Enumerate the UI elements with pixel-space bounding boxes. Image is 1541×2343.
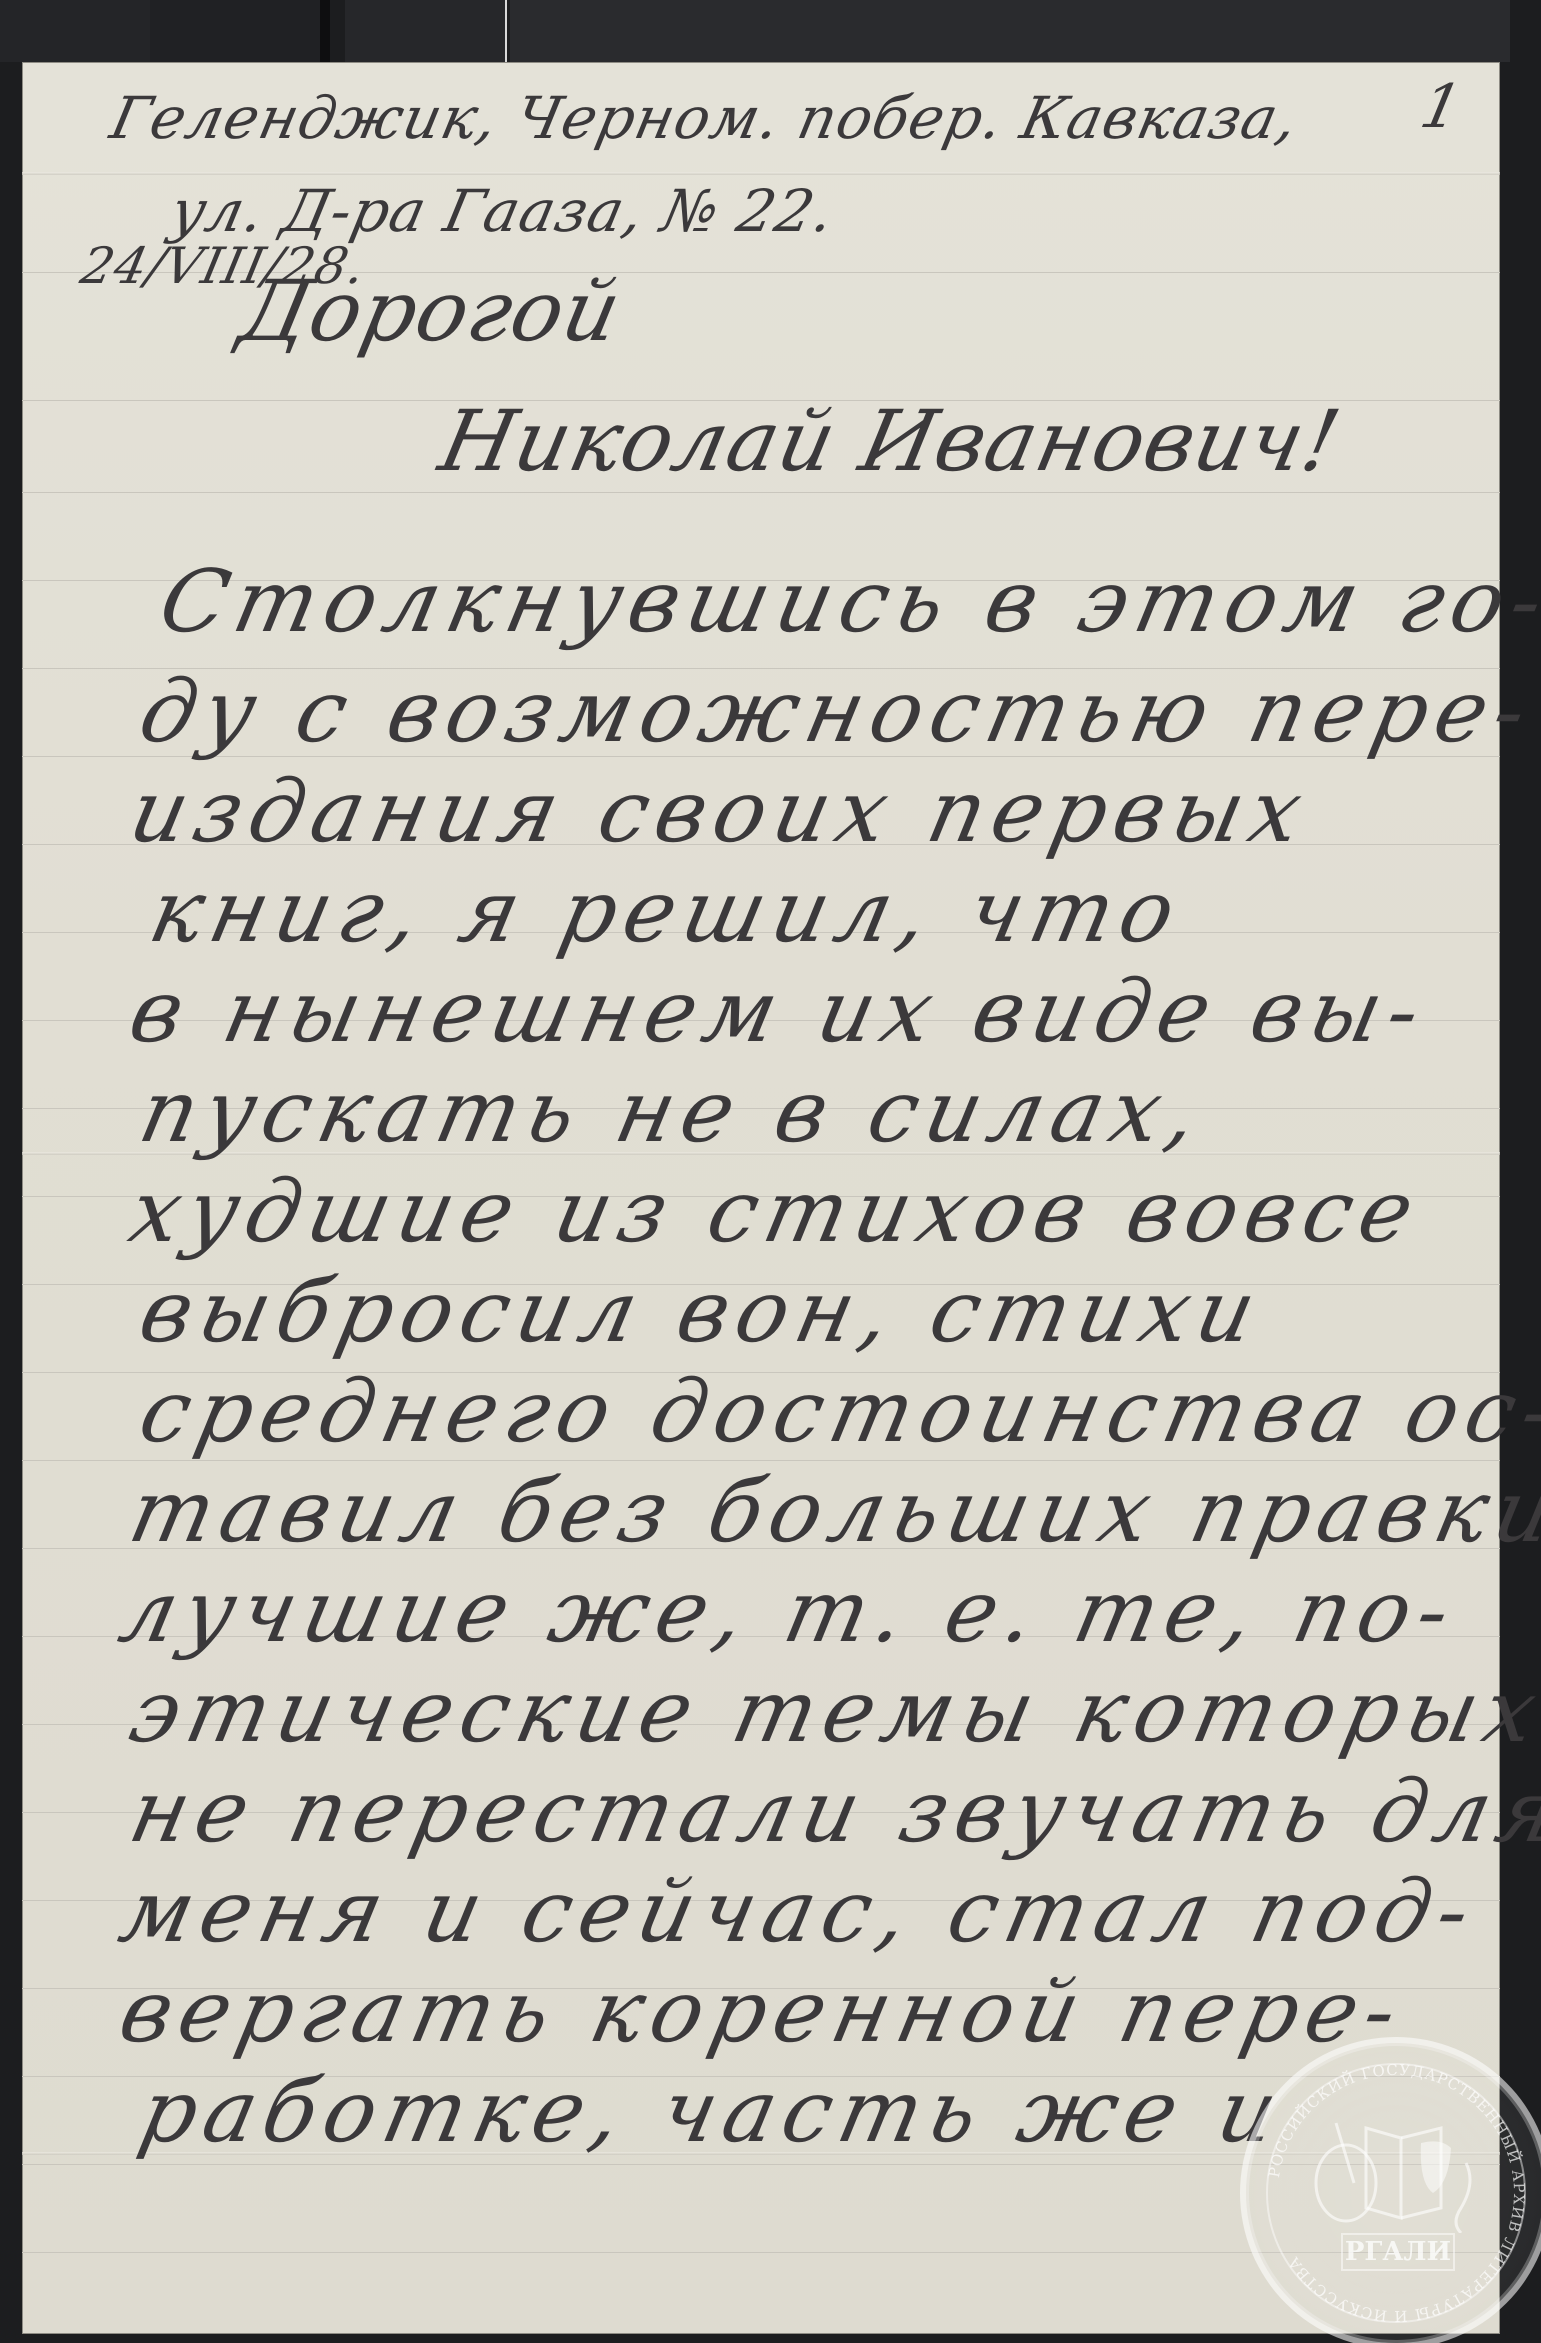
- body-line: выбросил вон, стихи: [131, 1262, 1271, 1362]
- body-line: в нынешнем их виде вы-: [121, 962, 1436, 1062]
- body-line: этические темы которых: [121, 1662, 1541, 1762]
- body-line: меня и сейчас, стал под-: [111, 1862, 1486, 1962]
- body-line: среднего достоинства ос-: [131, 1362, 1541, 1462]
- archive-stamp: РОССИЙСКИЙ ГОСУДАРСТВЕННЫЙ АРХИВ ЛИТЕРАТ…: [1240, 2037, 1541, 2343]
- greeting-line-2: Николай Иванович!: [432, 392, 1349, 490]
- page-number: 1: [1415, 72, 1469, 142]
- background-strip: [510, 0, 1510, 62]
- stamp-label: РГАЛИ: [1341, 2233, 1455, 2271]
- greeting-line-1: Дорогой: [232, 262, 630, 360]
- body-line: издания своих первых: [121, 762, 1318, 862]
- address-line-1: Геленджик, Черном. побер. Кавказа,: [105, 84, 1305, 152]
- body-line: книг, я решил, что: [141, 862, 1191, 962]
- background-strip: [150, 0, 320, 62]
- letter-sheet: Геленджик, Черном. побер. Кавказа, ул. Д…: [22, 62, 1500, 2334]
- background-strip: [0, 0, 150, 62]
- body-line: работке, часть же и: [131, 2062, 1293, 2162]
- body-line: Столкнувшись в этом го-: [151, 552, 1541, 652]
- background-thread: [505, 0, 507, 62]
- body-line: лучшие же, т. е. те, по-: [111, 1562, 1466, 1662]
- ruled-line: [22, 492, 1500, 493]
- body-line: худшие из стихов вовсе: [121, 1162, 1430, 1262]
- background-strip: [320, 0, 330, 62]
- body-line: вергать коренной пере-: [111, 1962, 1413, 2062]
- body-line: тавил без больших правки,: [121, 1462, 1541, 1562]
- address-line-2: ул. Д-ра Гааза, № 22.: [165, 177, 841, 245]
- background-strip: [345, 0, 505, 62]
- body-line: пускать не в силах,: [131, 1062, 1214, 1162]
- body-line: не перестали звучать для: [121, 1762, 1541, 1862]
- stamp-emblem-icon: [1306, 2103, 1486, 2233]
- paper-fold: [22, 172, 1500, 175]
- body-line: ду с возможностью пере-: [131, 662, 1541, 762]
